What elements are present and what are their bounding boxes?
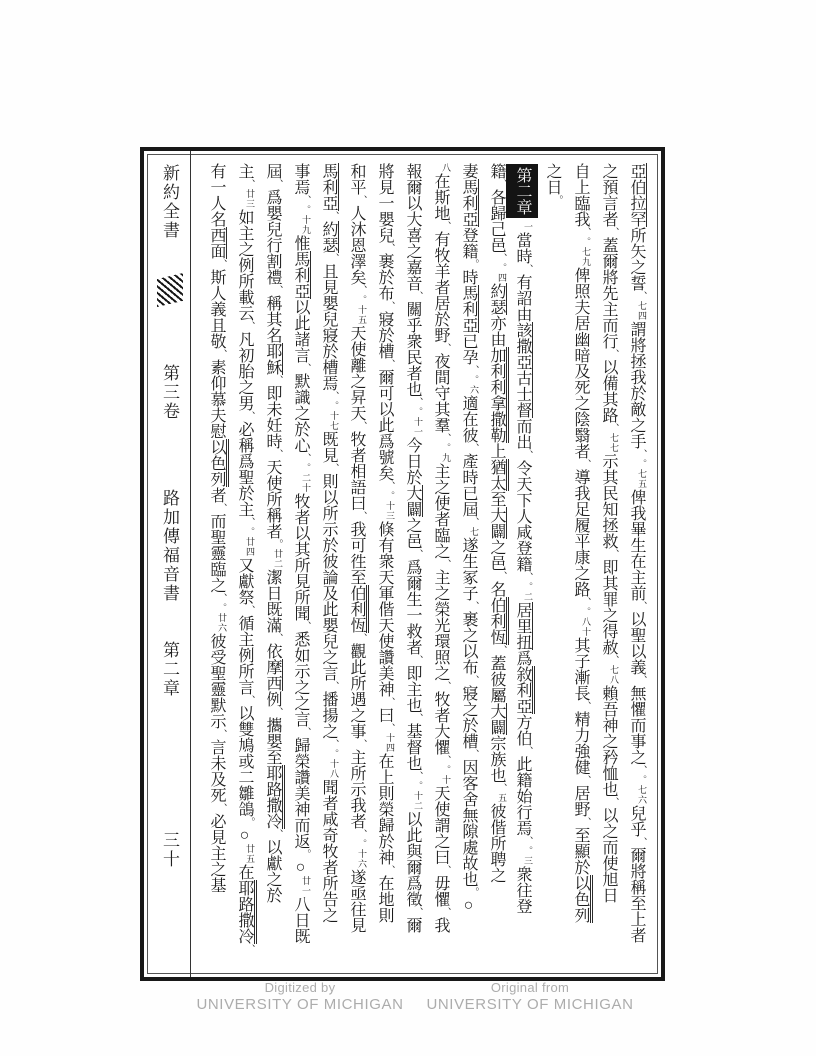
punctuation-mark: 、	[458, 365, 486, 375]
person-name: 馬利亞	[460, 179, 479, 227]
punctuation-mark: 、	[430, 907, 458, 917]
verse-number: 廿二	[264, 549, 292, 569]
place-name: 伯利恆	[488, 597, 509, 645]
place-name: 加利利	[488, 347, 509, 395]
place-name: 耶路撒冷	[264, 765, 285, 829]
verse-number: 。廿四	[236, 527, 264, 557]
person-name: 約瑟	[488, 283, 507, 315]
text-run: 如主之例所載云、凡初胎之男、必稱爲聖於主、	[236, 209, 253, 527]
verse-number: 。七九	[572, 237, 600, 267]
verse-number: 。六	[460, 375, 488, 395]
punctuation-mark: 、	[206, 729, 234, 739]
punctuation-mark: 、	[512, 746, 540, 756]
page-frame: 新約全書 第三卷 路加傳福音書 第二章 三十 亞伯拉罕所矢之誓、七四謂將拯我於敵…	[140, 147, 665, 981]
punctuation-mark: 、	[570, 775, 598, 785]
main-text: 亞伯拉罕所矢之誓、七四謂將拯我於敵之手、。七五俾我畢生在主前、以聖以義、無懼而事…	[198, 163, 650, 965]
person-name: 耶穌	[264, 343, 283, 375]
text-run: 宗族也、	[488, 735, 505, 793]
punctuation-mark: 、	[318, 211, 346, 221]
text-run: 衆往登	[514, 866, 531, 914]
punctuation-mark: 、	[626, 675, 654, 685]
punctuation-mark: 、	[430, 755, 458, 765]
punctuation-mark: 、	[430, 559, 458, 569]
punctuation-mark: 、	[626, 449, 654, 459]
punctuation-mark: 、	[458, 601, 486, 611]
text-run: 潔日既滿、依	[264, 569, 281, 659]
text-run: 、以獻之於	[264, 829, 281, 903]
page-number: 三十	[157, 831, 182, 869]
folio-margin-column: 新約全書 第三卷 路加傳福音書 第二章 三十	[144, 151, 191, 977]
punctuation-mark: 、	[458, 749, 486, 759]
text-run: 已孕、	[460, 333, 477, 375]
punctuation-mark: 、	[262, 375, 290, 385]
punctuation-mark: 、	[402, 771, 430, 781]
person-name: 該撒亞古士督	[514, 322, 533, 418]
verse-number: 十四	[376, 733, 404, 753]
place-name: 伯利恆	[348, 585, 369, 633]
text-run: 俾我畢生在主前、以聖以義、無懼而事之、	[628, 489, 645, 775]
text-run: 和平、人沐恩澤矣、	[348, 163, 365, 295]
person-name: 大闢	[488, 703, 507, 735]
punctuation-mark: 、	[290, 727, 318, 737]
place-name: 拿撒勒	[488, 395, 509, 443]
punctuation-mark: 、	[402, 291, 430, 301]
punctuation-mark: 、	[512, 572, 540, 582]
punctuation-mark: 、	[402, 655, 430, 665]
text-run: 方伯、此籍始行焉、	[514, 714, 531, 846]
verse-number: 。二	[514, 582, 542, 602]
person-name: 馬利亞	[460, 285, 479, 333]
text-run: 今日於	[404, 437, 421, 485]
punctuation-mark: 、	[458, 675, 486, 685]
punctuation-mark: 、	[570, 227, 598, 237]
punctuation-mark: 、	[346, 285, 374, 295]
text-run: 又獻祭、循主例所言、以雙鳩或二雛鴿。○	[236, 557, 253, 844]
punctuation-mark: 、	[570, 701, 598, 711]
punctuation-mark: 、	[374, 243, 402, 253]
place-name: 猶太	[488, 459, 509, 491]
verse-number: 廿三	[236, 189, 264, 209]
punctuation-mark: 。	[542, 195, 570, 205]
text-run: 之預言者、蓋爾將先主而行、以備其路、	[600, 163, 617, 433]
book-title: 新約全書	[157, 164, 182, 240]
verse-number: 。十三	[376, 491, 404, 521]
text-column: 妻馬利亞登籍。時馬利亞已孕、。六適在彼、產時已屆、七遂生冢子、裹之以布、寢之於槽…	[454, 163, 482, 965]
text-run: 八日既	[292, 896, 309, 944]
punctuation-mark: 、	[570, 459, 598, 469]
punctuation-mark: 、	[374, 481, 402, 491]
punctuation-mark: 、	[512, 450, 540, 460]
gospel-title: 路加傳福音書	[157, 489, 182, 603]
text-run: 謂將拯我於敵之手、	[628, 321, 645, 459]
punctuation-mark: 、	[318, 681, 346, 691]
text-run: 倏有衆天軍偕天使讚美神、曰、	[376, 521, 393, 733]
punctuation-mark: 、	[234, 944, 262, 954]
punctuation-mark: 、	[374, 723, 402, 733]
text-run: 其子漸長、精力強健、居野、至顯於	[572, 637, 589, 875]
text-run: 、斯人義且敬、素仰慕夫慰	[208, 259, 225, 439]
text-run: 至	[488, 491, 505, 507]
text-run: 示其民知拯救、即其罪之得赦、	[600, 453, 617, 665]
text-column: 籍、各歸己邑、。四約瑟亦由加利利拿撒勒上猶太至大闢之邑、名伯利恆、蓋彼屬大闢宗族…	[482, 163, 510, 965]
person-name: 亞伯拉罕	[628, 163, 647, 227]
punctuation-mark: 、	[486, 571, 514, 581]
text-run: 之日。	[544, 163, 561, 205]
punctuation-mark: 、	[346, 195, 374, 205]
punctuation-mark: 、	[402, 907, 430, 917]
text-run: 遂生冢子、裹之以布、寢之於槽、因客舍無隙處故也。○	[460, 537, 477, 914]
text-run: 聞者咸奇牧者所告之	[320, 779, 337, 923]
text-run: 俾照夫居幽暗及死之陰翳者、導我足履平康之路、	[572, 267, 589, 607]
punctuation-mark: 、	[570, 817, 598, 827]
text-run: 適在彼、產時已屆、	[460, 395, 477, 527]
verse-number: 。二十	[292, 463, 320, 493]
punctuation-mark: 、	[374, 359, 402, 369]
punctuation-mark: 、	[598, 549, 626, 559]
text-run: 在斯地、有牧羊者居於野、夜間守其羣、	[432, 173, 449, 443]
text-run: 在上則榮歸於神、在地則	[376, 753, 393, 923]
text-run: 在	[236, 864, 253, 880]
text-run: 事焉、	[292, 163, 309, 205]
chapter-label: 第二章	[157, 641, 182, 698]
punctuation-mark: 、	[318, 739, 346, 749]
text-run: 、	[236, 944, 253, 954]
verse-number: 一	[514, 222, 542, 232]
punctuation-mark: 、	[290, 621, 318, 631]
person-name: 摩西	[264, 659, 283, 691]
text-run: 將見一嬰兒、裹於布、寢於槽、爾可以此爲號矣、	[376, 163, 393, 491]
punctuation-mark: 、	[512, 836, 540, 846]
text-run: 彼受聖靈默示、言未及死、必見主之基	[208, 633, 225, 893]
verse-number: 。十一	[404, 407, 432, 437]
punctuation-mark: 、	[430, 681, 458, 691]
text-run: 以此與爾爲徵、爾	[404, 811, 421, 933]
text-run: 主、	[236, 163, 253, 189]
punctuation-mark: 、	[346, 829, 374, 839]
text-run: 者、而聖靈臨之、	[208, 487, 225, 603]
text-column: 八在斯地、有牧羊者居於野、夜間守其羣、。九主之使者臨之、主之榮光環照之、牧者大懼…	[426, 163, 454, 965]
punctuation-mark: 、	[262, 633, 290, 643]
text-run: 遂亟往見	[348, 869, 365, 933]
punctuation-mark: 、	[262, 285, 290, 295]
punctuation-mark: 、	[486, 645, 514, 655]
verse-number: 廿一	[292, 876, 320, 896]
verse-number: 。七六	[628, 775, 656, 805]
original-from-line: Original from	[380, 980, 680, 995]
text-run: 有一人名	[208, 163, 225, 227]
punctuation-mark: 、	[318, 391, 346, 401]
text-run: 兒乎、爾將稱至上者	[628, 805, 645, 943]
punctuation-mark: 、	[234, 321, 262, 331]
verse-number: 廿五	[236, 844, 264, 864]
punctuation-mark: 、	[318, 253, 346, 263]
punctuation-mark: 、	[430, 343, 458, 353]
text-run: 亦由	[488, 315, 505, 347]
text-run: 上	[488, 443, 505, 459]
text-column: 報爾以大喜之嘉音、關乎衆民者也、。十一今日於大闢之邑、爲爾生一救者、即主也、基督…	[398, 163, 426, 965]
text-run: 屆、爲嬰兒行割禮、稱其名	[264, 163, 281, 343]
verse-number: 。十六	[348, 839, 376, 869]
punctuation-mark: 。	[290, 849, 318, 859]
punctuation-mark: 。	[458, 887, 486, 897]
verse-number: 。四	[488, 263, 516, 283]
punctuation-mark: 、	[626, 837, 654, 847]
person-name: 居里扭	[514, 602, 533, 650]
punctuation-mark: 、	[290, 363, 318, 373]
punctuation-mark: 、	[262, 707, 290, 717]
text-column: 主、廿三如主之例所載云、凡初胎之男、必稱爲聖於主、。廿四又獻祭、循主例所言、以雙…	[230, 163, 258, 965]
verse-number: 。十	[432, 765, 460, 785]
verse-number: 。三	[514, 846, 542, 866]
punctuation-mark: 。	[262, 539, 290, 549]
text-run: 爲	[514, 650, 531, 666]
person-name: 大闢	[404, 485, 423, 517]
verse-number: 。九	[432, 443, 460, 463]
punctuation-mark: 。	[458, 259, 486, 269]
verse-number: 。十五	[348, 295, 376, 325]
text-run: 、蓋彼屬	[488, 645, 505, 703]
verse-number: 五	[488, 793, 516, 803]
text-run: 之邑、名	[488, 539, 505, 597]
punctuation-mark: 、	[262, 829, 290, 839]
person-name: 馬利亞	[292, 251, 311, 299]
text-run: 籍、各歸己邑、	[488, 163, 505, 263]
text-run: 例、攜嬰至	[264, 691, 281, 765]
punctuation-mark: 、	[430, 433, 458, 443]
punctuation-mark: 、	[598, 227, 626, 237]
text-run: 賴吾神之矜恤也、以之而使旭日	[600, 685, 617, 903]
verse-number: 。廿六	[208, 603, 236, 633]
chapter-heading-box: 第二章	[506, 164, 538, 218]
text-run: 登籍。時	[460, 227, 477, 285]
punctuation-mark: 、	[512, 264, 540, 274]
punctuation-mark: 、	[234, 605, 262, 615]
original-from-institution: UNIVERSITY OF MICHIGAN	[380, 996, 680, 1013]
punctuation-mark: 、	[374, 865, 402, 875]
punctuation-mark: 、	[570, 597, 598, 607]
text-run: 報爾以大喜之嘉音、關乎衆民者也、	[404, 163, 421, 407]
verse-number: 七	[460, 527, 488, 537]
punctuation-mark: 、	[206, 259, 234, 269]
text-run: 妻	[460, 163, 477, 179]
person-name: 西面	[208, 227, 227, 259]
punctuation-mark: 、	[206, 349, 234, 359]
verse-number: 七七	[600, 433, 628, 453]
verse-number: 七四	[628, 301, 656, 321]
verse-number: 。十九	[292, 205, 320, 235]
original-from-credit: Original from UNIVERSITY OF MICHIGAN	[380, 980, 680, 1013]
punctuation-mark: 、	[430, 865, 458, 875]
text-run: 主之使者臨之、主之榮光環照之、牧者大懼、	[432, 463, 449, 765]
punctuation-mark: 、	[290, 195, 318, 205]
punctuation-mark: 、	[402, 549, 430, 559]
text-run: 、即未妊時、天使所稱者。	[264, 375, 281, 549]
text-run: 彼偕所聘之	[488, 803, 505, 883]
verse-number: 七八	[600, 665, 628, 685]
verse-number: 。七五	[628, 459, 656, 489]
text-run: 牧者以其所見所聞、悉如示之之言、歸榮讚美神而返。○	[292, 493, 309, 876]
punctuation-mark: 、	[290, 453, 318, 463]
punctuation-mark: 、	[486, 179, 514, 189]
verse-number: 。十二	[404, 781, 432, 811]
place-name: 耶路撒冷	[236, 880, 257, 944]
punctuation-mark: 、	[262, 449, 290, 459]
text-run: 以此諸言、默識之於心、	[292, 299, 309, 463]
punctuation-mark: 、	[598, 655, 626, 665]
person-name: 大闢	[488, 507, 507, 539]
punctuation-mark: 、	[346, 421, 374, 431]
punctuation-mark: 。	[234, 817, 262, 827]
punctuation-mark: 、	[458, 443, 486, 453]
fishtail-ornament-icon	[157, 273, 183, 307]
punctuation-mark: 、	[374, 301, 402, 311]
punctuation-mark: 、	[374, 697, 402, 707]
punctuation-mark: 、	[626, 291, 654, 301]
volume-label: 第三卷	[157, 364, 182, 421]
punctuation-mark: 、	[346, 739, 374, 749]
text-run: 之邑、爲爾生一救者、即主也、基督也、	[404, 517, 421, 781]
punctuation-mark: 、	[430, 221, 458, 231]
punctuation-mark: 、	[234, 517, 262, 527]
text-run: 天使謂之曰、毋懼、我	[432, 785, 449, 933]
text-column: 自上臨我、。七九俾照夫居幽暗及死之陰翳者、導我足履平康之路、。八十其子漸長、精力…	[566, 163, 594, 965]
punctuation-mark: 、	[486, 783, 514, 793]
punctuation-mark: 、	[234, 695, 262, 705]
text-run: 而出、令天下人咸登籍、	[514, 418, 531, 582]
punctuation-mark: 、	[262, 179, 290, 189]
text-column: 亞伯拉罕所矢之誓、七四謂將拯我於敵之手、。七五俾我畢生在主前、以聖以義、無懼而事…	[622, 163, 650, 965]
punctuation-mark: 、	[598, 423, 626, 433]
text-run: 、	[320, 211, 337, 221]
punctuation-mark: 、	[626, 765, 654, 775]
text-run: 自上臨我、	[572, 163, 589, 237]
text-column: 之日。	[538, 163, 566, 965]
verse-number: 。十八	[320, 749, 348, 779]
punctuation-mark: 、	[318, 463, 346, 473]
text-run: 當時、有詔由	[514, 232, 531, 322]
person-name: 馬利亞	[320, 163, 339, 211]
text-column: 有一人名西面、斯人義且敬、素仰慕夫慰以色列者、而聖靈臨之、。廿六彼受聖靈默示、言…	[202, 163, 230, 965]
scanned-book-page: 新約全書 第三卷 路加傳福音書 第二章 三十 亞伯拉罕所矢之誓、七四謂將拯我於敵…	[0, 0, 816, 1056]
punctuation-mark: 、	[458, 517, 486, 527]
text-column: 和平、人沐恩澤矣、。十五天使離之昇天、牧者相語曰、我可徃至伯利恆、觀此所遇之事、…	[342, 163, 370, 965]
text-run: 既見、則以所示於彼論及此嬰兒之言、播揚之、	[320, 431, 337, 749]
verse-number: 。十七	[320, 401, 348, 431]
place-name: 以色列	[572, 875, 593, 923]
punctuation-mark: 、	[206, 593, 234, 603]
text-run: 惟	[292, 235, 309, 251]
place-name: 敘利亞	[514, 666, 535, 714]
punctuation-mark: 、	[346, 511, 374, 521]
punctuation-mark: 、	[402, 397, 430, 407]
text-run: 、觀此所遇之事、主所示我者、	[348, 633, 365, 839]
punctuation-mark: 、	[486, 253, 514, 263]
punctuation-mark: 、	[234, 411, 262, 421]
place-name: 以色列	[208, 439, 229, 487]
punctuation-mark: 、	[206, 803, 234, 813]
person-name: 約瑟	[320, 221, 339, 253]
punctuation-mark: 、	[626, 601, 654, 611]
text-column: 之預言者、蓋爾將先主而行、以備其路、七七示其民知拯救、即其罪之得赦、七八賴吾神之…	[594, 163, 622, 965]
text-run: 所矢之誓、	[628, 227, 645, 301]
verse-number: 八	[432, 163, 460, 173]
punctuation-mark: 、	[598, 797, 626, 807]
verse-number: 。八十	[572, 607, 600, 637]
punctuation-mark: 、	[234, 179, 262, 189]
punctuation-mark: 、	[206, 503, 234, 513]
text-column: 第二章一當時、有詔由該撒亞古士督而出、令天下人咸登籍、。二居里扭爲敘利亞方伯、此…	[510, 163, 538, 965]
text-column: 馬利亞、約瑟、且見嬰兒寢於槽焉、。十七既見、則以所示於彼論及此嬰兒之言、播揚之、…	[314, 163, 342, 965]
punctuation-mark: 、	[598, 349, 626, 359]
punctuation-mark: 、	[402, 713, 430, 723]
text-run: 天使離之昇天、牧者相語曰、我可徃至	[348, 325, 365, 585]
text-run: 、且見嬰兒寢於槽焉、	[320, 253, 337, 401]
punctuation-mark: 、	[346, 633, 374, 643]
